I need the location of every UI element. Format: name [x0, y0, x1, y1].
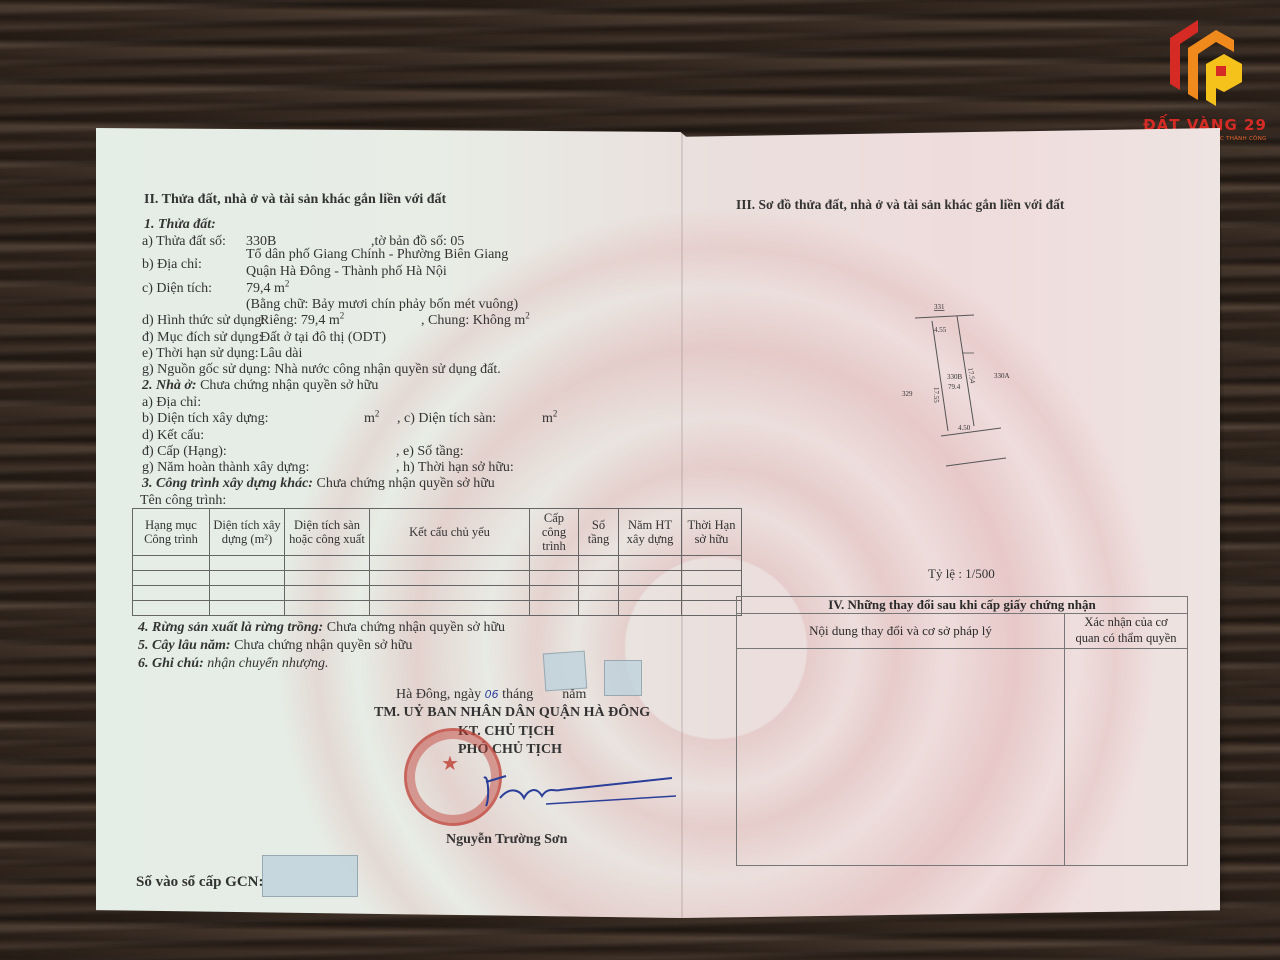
other-works-section: 3. Công trình xây dựng khác: Chưa chứng …	[142, 475, 495, 493]
table-cell	[370, 601, 530, 616]
build-area-label: b) Diện tích xây dựng:	[142, 410, 269, 428]
plot-label: 329	[902, 390, 913, 398]
works-col-header: Diện tích xây dựng (m²)	[210, 509, 285, 556]
table-cell	[530, 571, 579, 586]
table-cell	[133, 601, 210, 616]
works-col-header: Cấp công trình	[530, 509, 579, 556]
works-col-header: Năm HT xây dựng	[619, 509, 682, 556]
house-section: 2. Nhà ở: Chưa chứng nhận quyền sở hữu	[142, 377, 378, 395]
works-col-header: Hạng mục Công trình	[133, 509, 210, 556]
table-cell	[285, 601, 370, 616]
perennial-section: 5. Cây lâu năm: Chưa chứng nhận quyền sở…	[138, 637, 412, 655]
build-area-unit: m2	[364, 410, 379, 428]
table-cell	[530, 556, 579, 571]
usage-private: Riêng: 79,4 m2	[260, 312, 344, 330]
table-cell	[619, 586, 682, 601]
table-cell	[285, 556, 370, 571]
table-cell	[619, 601, 682, 616]
table-cell	[530, 601, 579, 616]
plot-label: 4.55	[934, 326, 947, 334]
works-col-header: Thời Hạn sở hữu	[682, 509, 742, 556]
plot-label: 331	[934, 303, 945, 311]
plot-label: 330B	[947, 373, 963, 381]
plot-label: 79.4	[948, 383, 961, 391]
section-ii-heading: II. Thửa đất, nhà ở và tài sản khác gắn …	[144, 191, 446, 209]
land-certificate: II. Thửa đất, nhà ở và tài sản khác gắn …	[96, 128, 1220, 918]
signer-name: Nguyễn Trường Sơn	[446, 831, 567, 849]
table-cell	[210, 586, 285, 601]
table-cell	[619, 556, 682, 571]
changes-content-header: Nội dung thay đổi và cơ sở pháp lý	[737, 614, 1065, 649]
table-cell	[370, 571, 530, 586]
address-label: b) Địa chỉ:	[142, 256, 202, 274]
table-cell	[579, 586, 619, 601]
plot-label: 17.55	[932, 387, 940, 403]
table-cell	[579, 571, 619, 586]
table-cell	[619, 571, 682, 586]
table-cell	[370, 586, 530, 601]
usage-form-label: d) Hình thức sử dụng:	[142, 312, 265, 330]
table-row	[133, 556, 742, 571]
plot-label: 4.50	[958, 424, 971, 432]
star-icon: ★	[441, 751, 459, 776]
table-cell	[370, 556, 530, 571]
floor-area-label: , c) Diện tích sàn:	[397, 410, 496, 428]
table-cell	[682, 586, 742, 601]
changes-divider	[1064, 649, 1065, 865]
table-cell	[682, 601, 742, 616]
works-col-header: Diện tích sàn hoặc công xuất	[285, 509, 370, 556]
redacted-year	[604, 660, 642, 696]
brand-logo: ĐẤT VÀNG 29 CHIA SẺ CƠ HỘI - HỢP TÁC THÀ…	[1130, 8, 1275, 148]
signature	[476, 768, 676, 818]
table-row	[133, 586, 742, 601]
land-plot-title: 1. Thửa đất:	[144, 216, 216, 234]
redacted-month	[543, 651, 588, 692]
changes-authority-header: Xác nhận của cơquan có thẩm quyền	[1065, 614, 1187, 649]
table-cell	[210, 556, 285, 571]
forest-section: 4. Rừng sản xuất là rừng trồng: Chưa chứ…	[138, 619, 505, 637]
table-cell	[682, 556, 742, 571]
usage-common: , Chung: Không m2	[421, 312, 530, 330]
table-cell	[579, 556, 619, 571]
works-table: Hạng mục Công trìnhDiện tích xây dựng (m…	[132, 508, 742, 616]
issuing-authority: TM. UỶ BAN NHÂN DÂN QUẬN HÀ ĐÔNG	[374, 704, 650, 722]
table-cell	[682, 571, 742, 586]
table-cell	[210, 571, 285, 586]
changes-title: IV. Những thay đổi sau khi cấp giấy chứn…	[737, 597, 1187, 614]
section-iii-heading: III. Sơ đồ thửa đất, nhà ở và tài sản kh…	[736, 196, 1064, 214]
plot-diagram: 331 4.55 330B 79.4 330A 329 4.50 17.55 1…	[890, 295, 1030, 475]
works-col-header: Số tầng	[579, 509, 619, 556]
table-cell	[530, 586, 579, 601]
address-line-2: Quận Hà Đông - Thành phố Hà Nội	[246, 263, 447, 281]
table-cell	[133, 556, 210, 571]
table-cell	[285, 586, 370, 601]
floor-area-unit: m2	[542, 410, 557, 428]
gcn-register-label: Số vào sổ cấp GCN:	[136, 873, 264, 891]
area-label: c) Diện tích:	[142, 280, 212, 298]
address-line-1: Tổ dân phố Giang Chính - Phường Biên Gia…	[246, 246, 508, 264]
table-cell	[133, 571, 210, 586]
changes-table: IV. Những thay đổi sau khi cấp giấy chứn…	[736, 596, 1188, 866]
plot-number-label: a) Thửa đất số:	[142, 233, 226, 251]
works-col-header: Kết cấu chủ yếu	[370, 509, 530, 556]
note-section: 6. Ghi chú: nhận chuyển nhượng.	[138, 655, 328, 673]
gcn-register-redacted	[262, 855, 358, 897]
table-cell	[579, 601, 619, 616]
map-scale: Tỷ lệ : 1/500	[928, 565, 995, 583]
table-cell	[133, 586, 210, 601]
table-cell	[210, 601, 285, 616]
table-row	[133, 601, 742, 616]
table-cell	[285, 571, 370, 586]
table-row	[133, 571, 742, 586]
house-logo-icon	[1158, 8, 1248, 108]
plot-label: 330A	[994, 372, 1010, 380]
